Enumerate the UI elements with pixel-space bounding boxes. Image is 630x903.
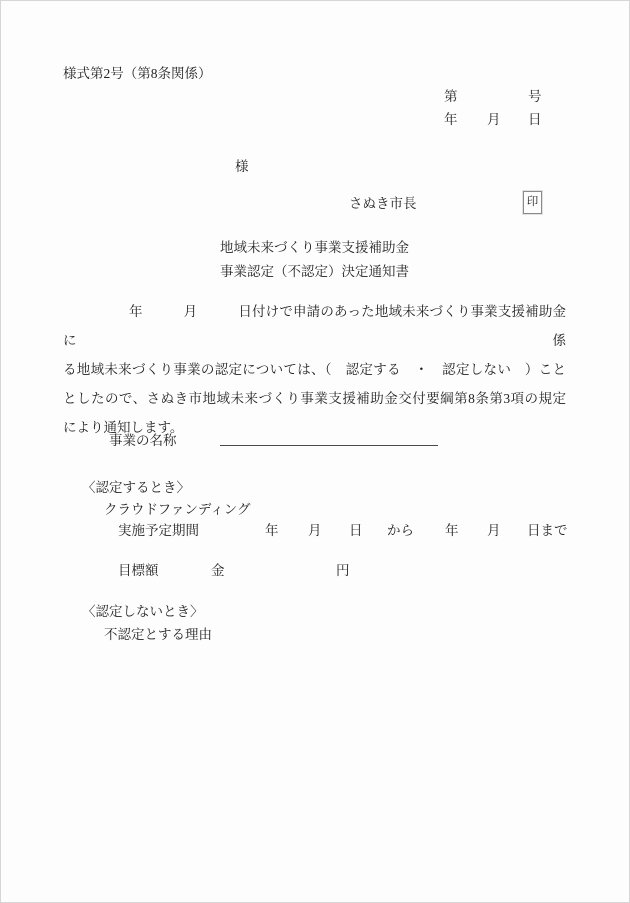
seal-box: 印 bbox=[523, 191, 542, 214]
date-year-label: 年 bbox=[444, 110, 458, 129]
project-name-blank-line bbox=[220, 431, 438, 446]
document-page: 様式第2号（第8条関係） 第 号 年 月 日 様 さぬき市長 印 地域未来づくり… bbox=[0, 0, 630, 903]
doc-title-line1: 地域未来づくり事業支援補助金 bbox=[63, 238, 566, 257]
doc-title-line2: 事業認定（不認定）決定通知書 bbox=[63, 262, 566, 281]
period-year2-label: 年 bbox=[445, 521, 459, 540]
target-amount-unit: 円 bbox=[336, 561, 350, 580]
period-month2-label: 月 bbox=[487, 521, 501, 540]
addressee-honorific: 様 bbox=[235, 157, 249, 176]
doc-number-prefix: 第 bbox=[444, 87, 458, 106]
target-amount-label: 目標額 bbox=[118, 561, 159, 580]
seal-mark: 印 bbox=[527, 197, 539, 209]
form-number: 様式第2号（第8条関係） bbox=[63, 64, 212, 83]
body-line: 年 月 日付けで申請のあった地域未来づくり事業支援補助金に係 bbox=[63, 297, 566, 355]
project-name-label: 事業の名称 bbox=[109, 431, 177, 450]
period-year1-label: 年 bbox=[265, 521, 279, 540]
approved-method: クラウドファンディング bbox=[104, 500, 250, 519]
period-day2-label: 日まで bbox=[527, 521, 568, 540]
doc-number-suffix: 号 bbox=[528, 87, 542, 106]
body-line: としたので、さぬき市地域未来づくり事業支援補助金交付要綱第8条第3項の規定 bbox=[63, 384, 566, 413]
period-label: 実施予定期間 bbox=[118, 521, 199, 540]
rejected-section-heading: 〈認定しないとき〉 bbox=[82, 602, 204, 621]
body-paragraph: 年 月 日付けで申請のあった地域未来づくり事業支援補助金に係 る地域未来づくり事… bbox=[63, 297, 566, 442]
period-from-label: から bbox=[387, 521, 414, 540]
target-amount-prefix: 金 bbox=[211, 561, 225, 580]
period-day1-label: 日 bbox=[349, 521, 363, 540]
sender-title: さぬき市長 bbox=[349, 194, 417, 213]
period-month1-label: 月 bbox=[308, 521, 322, 540]
rejected-reason-label: 不認定とする理由 bbox=[104, 625, 212, 644]
date-month-label: 月 bbox=[487, 110, 501, 129]
date-day-label: 日 bbox=[528, 110, 542, 129]
body-line: る地域未来づくり事業の認定については、（ 認定する ・ 認定しない ）こと bbox=[63, 355, 566, 384]
approved-section-heading: 〈認定するとき〉 bbox=[82, 478, 190, 497]
